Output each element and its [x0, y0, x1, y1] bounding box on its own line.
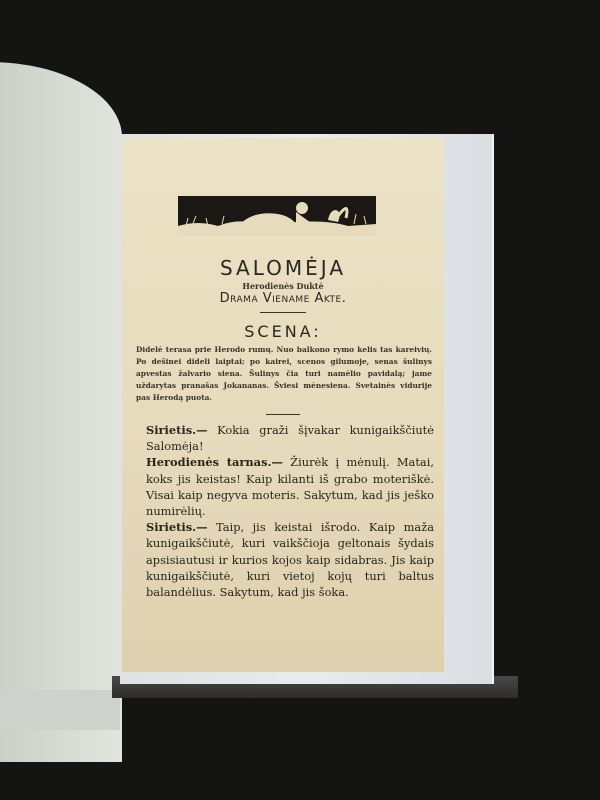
- dialogue-block: Sirietis.— Kokia graži šįvakar kunigaikš…: [134, 422, 434, 600]
- title-divider: [260, 312, 306, 313]
- play-title: SALOMĖJA: [122, 256, 444, 280]
- section-heading: SCENA:: [122, 322, 444, 341]
- photo-background: SALOMĖJA Herodienės Duktė Drama Viename …: [0, 0, 600, 800]
- play-subtitle: Herodienės Duktė: [122, 281, 444, 291]
- book-page: SALOMĖJA Herodienės Duktė Drama Viename …: [122, 138, 444, 672]
- stage-direction: Didelė terasa prie Herodo rumų. Nuo balk…: [136, 344, 432, 404]
- genre-line: Drama Viename Akte.: [122, 291, 444, 306]
- speaker-name: Sirietis.—: [146, 520, 208, 534]
- speaker-name: Herodienės tarnas.—: [146, 455, 283, 469]
- dialogue-line: Herodienės tarnas.— Žiurėk į mėnulį. Mat…: [134, 454, 434, 519]
- left-page-edge: [0, 690, 120, 730]
- dialogue-line: Sirietis.— Taip, jis keistai išrodo. Kai…: [134, 519, 434, 600]
- dialogue-line: Sirietis.— Kokia graži šįvakar kunigaikš…: [134, 422, 434, 454]
- headpiece-illustration: [178, 196, 376, 236]
- speaker-name: Sirietis.—: [146, 423, 208, 437]
- left-page-facing: [0, 62, 122, 762]
- girl-with-squirrel-icon: [178, 196, 376, 236]
- section-divider: [266, 414, 300, 415]
